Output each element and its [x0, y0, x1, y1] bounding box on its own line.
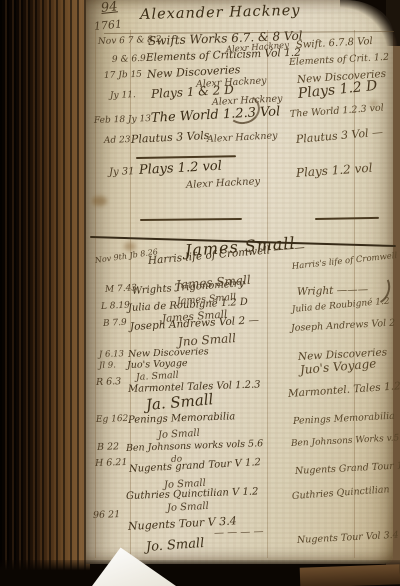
entry-date: L 8.19 — [101, 301, 130, 311]
entry-date: R 6.3 — [96, 377, 122, 387]
page-year: 1761 — [94, 19, 123, 32]
entry-date: Ad 23 — [104, 136, 131, 146]
entry-date: Jy 31 — [109, 167, 135, 178]
entry-date: Jl 9. — [99, 361, 116, 370]
entry-date: 9 & 6.9 — [112, 55, 146, 65]
entry-date: B 7.9 — [103, 319, 127, 329]
book-binding-edges — [0, 0, 90, 586]
entry-date: 17 Jb 15 — [104, 71, 142, 81]
entry-dash-trail: — — — — — [214, 527, 264, 539]
entry-date: Eg 162 — [96, 415, 129, 425]
ruled-line-vertical — [95, 30, 96, 558]
entry-date: J 6.13 — [99, 350, 124, 359]
entry-date: B 22 — [97, 442, 119, 452]
ledger-photograph: 94 1761 Alexander Hackney Nov 6 7 & 8 2 … — [0, 0, 400, 586]
page-number: 94 — [100, 0, 118, 15]
entry-date: Jy 11. — [110, 91, 136, 101]
ink-stain — [92, 196, 107, 206]
entry-date: H 6.21 — [95, 458, 128, 469]
ruled-line-vertical — [130, 30, 131, 558]
entry-signature: Ja. Small — [136, 371, 179, 383]
entry-date: 96 21 — [93, 510, 121, 520]
bottom-right-page-edge — [300, 564, 400, 586]
entry-signature-flourish: Jo. Small — [146, 537, 205, 554]
entry-summary: Wright ——— — [297, 285, 369, 298]
